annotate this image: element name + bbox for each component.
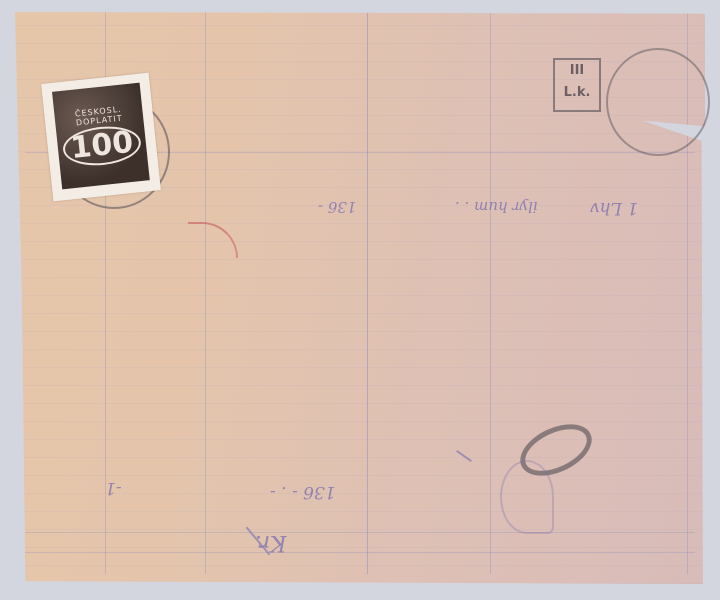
column-rule <box>490 12 491 574</box>
row-rule <box>25 532 695 533</box>
handwriting-amount-lower-left: -1 <box>105 478 122 498</box>
handwriting-entry-upper: ilyr hum . . <box>455 198 538 216</box>
stamp-value: 100 <box>61 123 143 169</box>
handwriting-entry-right: 1 Lhv <box>590 198 638 218</box>
box-handstamp: III L.k. <box>553 58 601 112</box>
postage-due-stamp: ČESKOSL. DOPLATIT 100 <box>41 73 161 202</box>
postmark-circle-right <box>606 48 710 156</box>
box-stamp-line1: III <box>555 60 599 82</box>
center-rule <box>367 12 368 574</box>
box-stamp-line2: L.k. <box>555 82 599 104</box>
handwriting-amount-lower: 136 - . - <box>270 482 336 502</box>
pencil-loop <box>500 460 554 534</box>
column-rule <box>205 12 206 574</box>
row-rule <box>25 552 695 553</box>
stamp-design: ČESKOSL. DOPLATIT 100 <box>52 83 150 190</box>
handwriting-amount-upper: 136 - <box>318 198 356 216</box>
